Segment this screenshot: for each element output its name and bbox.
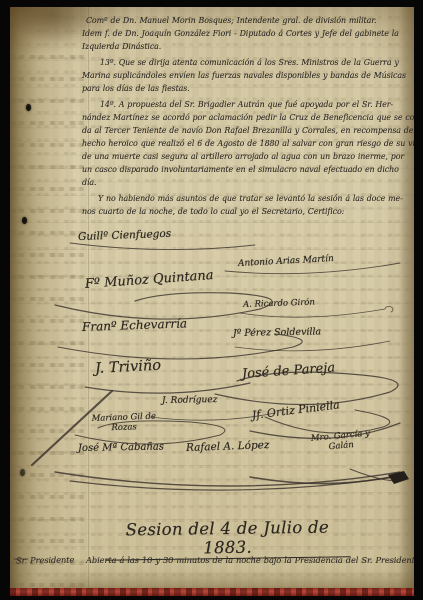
signature: Fº Muñoz Quintana bbox=[84, 268, 214, 292]
binding-hole bbox=[22, 217, 27, 224]
ink-bleedthrough-texture bbox=[10, 7, 414, 596]
manuscript-line: Comº de Dn. Manuel Morin Bosques; Intend… bbox=[86, 16, 376, 25]
signature: Jf. Ortiz Piniella bbox=[251, 398, 340, 422]
archive-watermark-strip bbox=[10, 588, 414, 596]
session-opening-line: Abierta á las 10 y 30 minutos de la noch… bbox=[86, 555, 414, 565]
signature: Mro. García y Galán bbox=[307, 429, 374, 454]
manuscript-line: 13º. Que se dirija atenta comunicación á… bbox=[100, 58, 399, 67]
margin-bleedthrough-texture bbox=[10, 43, 84, 596]
manuscript-line: Marina suplicándoles envíen las fuerzas … bbox=[82, 71, 406, 80]
manuscript-line: hecho heroico que realizó el 6 de Agosto… bbox=[82, 139, 414, 148]
margin-note: Sr. Presidente bbox=[16, 554, 74, 565]
signature: Guillº Cienfuegos bbox=[78, 228, 172, 243]
binding-hole bbox=[20, 469, 25, 476]
signature: J. Rodríguez bbox=[162, 395, 218, 406]
signature-flourishes bbox=[10, 7, 414, 596]
signature: Jº Pérez Soldevilla bbox=[233, 326, 321, 339]
manuscript-page: Comº de Dn. Manuel Morin Bosques; Intend… bbox=[10, 7, 414, 596]
signature: Antonio Arias Martín bbox=[238, 254, 334, 269]
signature: Mariano Gil de Rozas bbox=[88, 412, 161, 434]
manuscript-line: Izquierda Dinástica. bbox=[82, 42, 161, 51]
manuscript-line: 14º. A propuesta del Sr. Brigadier Autrá… bbox=[100, 100, 393, 109]
manuscript-line: da al Tercer Teniente de navío Don Rafae… bbox=[82, 126, 414, 135]
manuscript-line: un casco disparado involuntariamente en … bbox=[82, 165, 399, 174]
signature: J. Triviño bbox=[95, 358, 162, 377]
signature: José de Pareja bbox=[241, 361, 335, 382]
manuscript-line: para los días de las fiestas. bbox=[82, 84, 190, 93]
margin-crease-line bbox=[88, 7, 89, 596]
signature: A. Ricardo Girón bbox=[243, 297, 315, 310]
signature: Franº Echevarría bbox=[82, 316, 188, 334]
manuscript-line: de una muerte casi segura al artillero a… bbox=[82, 152, 404, 161]
ruled-lines-texture bbox=[10, 7, 414, 596]
manuscript-line: nos cuarto de la noche, de todo lo cual … bbox=[82, 207, 344, 216]
manuscript-line: Idem f. de Dn. Joaquín González Fiori - … bbox=[82, 29, 399, 38]
scanned-manuscript-photo: Comº de Dn. Manuel Morin Bosques; Intend… bbox=[0, 0, 423, 600]
signature: José Mª Cabañas bbox=[78, 442, 164, 454]
signature: Rafael A. López bbox=[186, 439, 270, 454]
manuscript-line: Y no habiendo más asuntos de que tratar … bbox=[98, 194, 403, 203]
ink-blot bbox=[388, 471, 409, 484]
manuscript-line: día. bbox=[82, 178, 96, 187]
binding-hole bbox=[26, 104, 31, 111]
manuscript-line: nández Martínez se acordó por aclamación… bbox=[82, 113, 414, 122]
